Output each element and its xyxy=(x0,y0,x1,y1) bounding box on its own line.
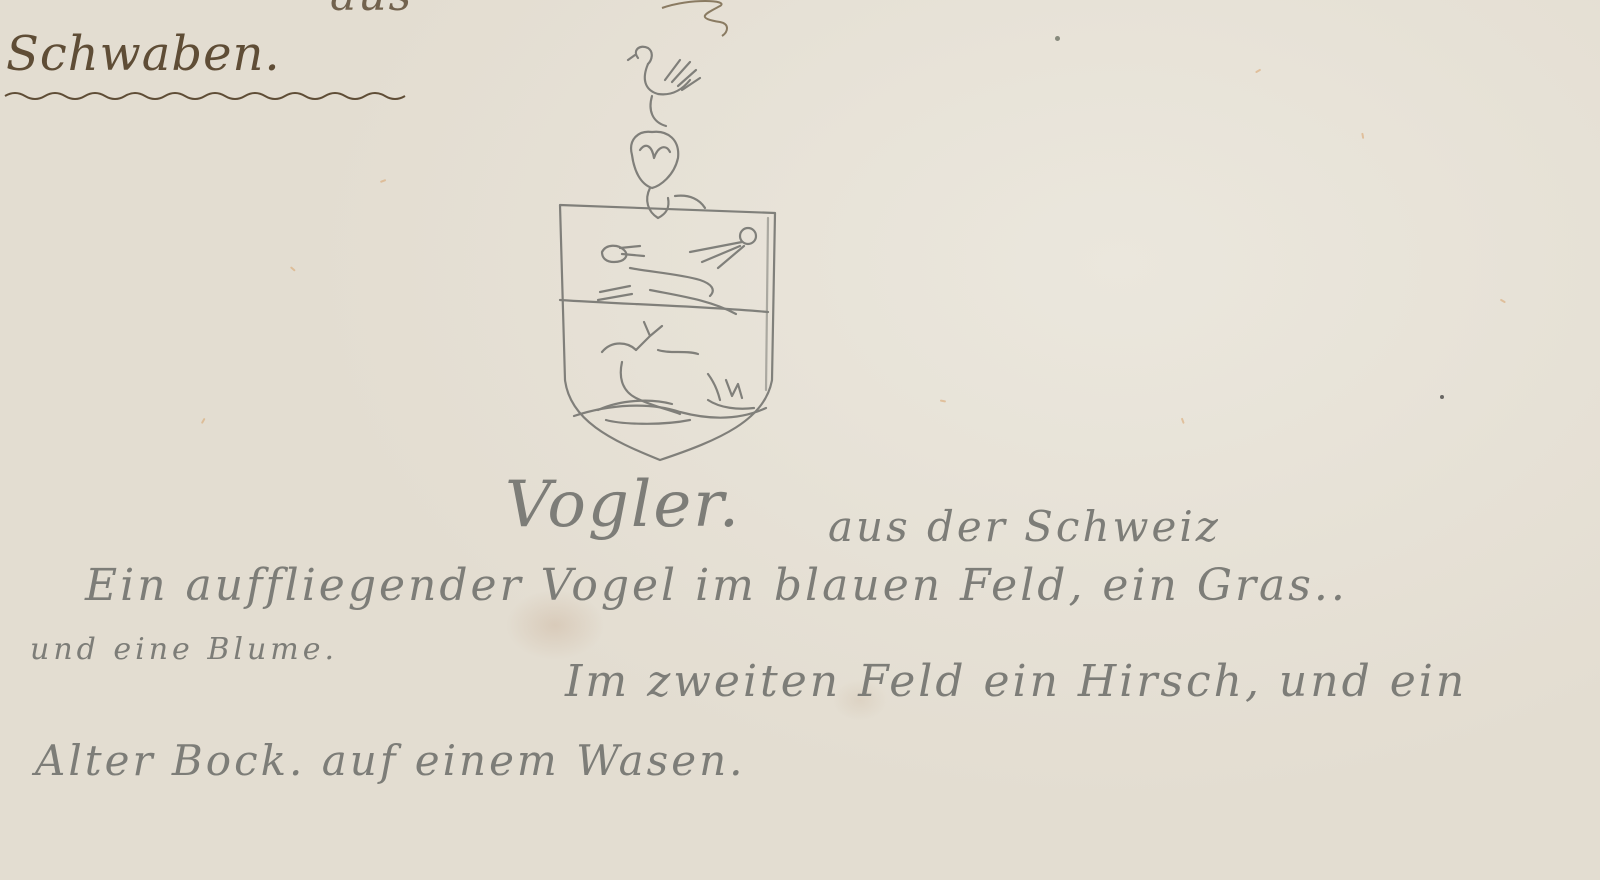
heading-fragment: aus xyxy=(330,0,413,21)
flower-icon xyxy=(690,228,756,268)
paper-spot xyxy=(1055,36,1060,41)
description-line-4: Alter Bock. auf einem Wasen. xyxy=(35,736,745,785)
helmet-icon xyxy=(631,132,705,218)
crest-bird-icon xyxy=(628,47,700,126)
description-line-1: Ein auffliegender Vogel im blauen Feld, … xyxy=(85,560,1348,611)
stag-icon xyxy=(598,322,698,424)
description-line-2: und eine Blume. xyxy=(30,632,338,667)
coat-of-arms-sketch xyxy=(540,0,800,470)
origin-text: aus der Schweiz xyxy=(828,502,1221,551)
wavy-underline xyxy=(0,86,420,106)
description-line-3: Im zweiten Feld ein Hirsch, und ein xyxy=(565,656,1467,707)
goat-icon xyxy=(708,374,754,409)
region-heading: Schwaben. xyxy=(6,26,281,82)
family-name: Vogler. xyxy=(505,468,741,542)
paper-spot xyxy=(1440,395,1444,399)
